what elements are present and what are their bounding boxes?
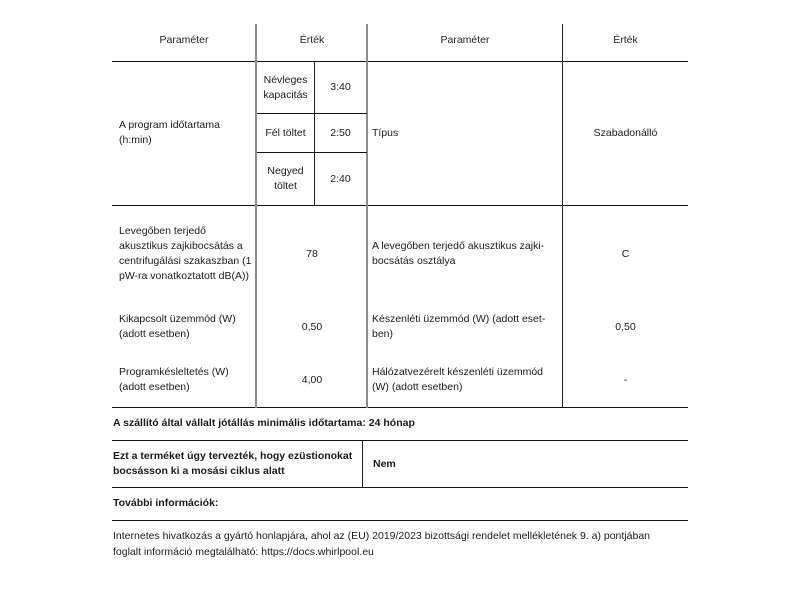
header-value-left: Érték: [257, 34, 367, 46]
type-label: Típus: [372, 61, 557, 205]
type-text: Típus: [372, 126, 398, 141]
type-value-text: Szabadonálló: [594, 126, 658, 141]
quarter-load-label: Negyed töltet: [257, 164, 314, 194]
header-parameter-right: Paraméter: [368, 34, 562, 46]
half-load-label: Fél töltet: [265, 126, 305, 141]
noise-value-text: 78: [306, 247, 318, 262]
type-value: Szabadonálló: [563, 61, 688, 205]
table-bottom-line: [112, 407, 688, 408]
sub-value-rated: 3:40: [315, 62, 366, 113]
standby-label: Készenléti üzemmód (W) (adott eset-ben): [372, 305, 560, 349]
off-mode-text: Kikapcsolt üzemmód (W) (adott esetben): [119, 312, 253, 342]
silver-ion-value: Nem: [373, 441, 673, 487]
silver-ion-text: Ezt a terméket úgy tervezték, hogy ezüst…: [113, 449, 358, 479]
standby-text: Készenléti üzemmód (W) (adott eset-ben): [372, 312, 560, 342]
sub-label-quarter: Negyed töltet: [257, 153, 314, 205]
networked-standby-value: -: [563, 358, 688, 402]
off-mode-label: Kikapcsolt üzemmód (W) (adott esetben): [119, 305, 253, 349]
delay-start-value-text: 4,00: [302, 373, 322, 388]
standby-value-text: 0,50: [615, 320, 635, 335]
sub-label-rated: Névleges kapacitás: [257, 62, 314, 113]
silver-ion-label: Ezt a terméket úgy tervezték, hogy ezüst…: [113, 441, 358, 487]
networked-standby-label: Hálózatvezérelt készenléti üzemmód (W) (…: [372, 358, 560, 402]
noise-text: Levegőben terjedő akusztikus zajkibocsát…: [119, 224, 253, 284]
silver-ion-value-text: Nem: [373, 457, 396, 472]
noise-class-value: C: [563, 210, 688, 298]
noise-label: Levegőben terjedő akusztikus zajkibocsát…: [119, 210, 253, 298]
half-load-value: 2:50: [330, 126, 350, 141]
further-info-title: További információk:: [113, 496, 513, 511]
noise-value: 78: [257, 210, 367, 298]
delay-start-text: Programkésleltetés (W) (adott esetben): [119, 365, 253, 395]
silver-ion-bottom-line: [112, 487, 688, 488]
networked-standby-value-text: -: [624, 373, 628, 388]
silver-ion-divider: [362, 440, 363, 487]
header-value-right: Érték: [563, 34, 688, 46]
standby-value: 0,50: [563, 305, 688, 349]
off-mode-value: 0,50: [257, 305, 367, 349]
off-mode-value-text: 0,50: [302, 320, 322, 335]
sub-label-half: Fél töltet: [257, 114, 314, 152]
delay-start-value: 4,00: [257, 358, 367, 402]
header-parameter-left: Paraméter: [112, 34, 256, 46]
row1-divider: [112, 205, 688, 206]
further-info-divider: [112, 520, 688, 521]
networked-standby-text: Hálózatvezérelt készenléti üzemmód (W) (…: [372, 365, 560, 395]
noise-class-text: A levegőben terjedő akusztikus zajki-boc…: [372, 239, 560, 269]
program-duration-text: A program időtartama (h:min): [119, 118, 251, 148]
delay-start-label: Programkésleltetés (W) (adott esetben): [119, 358, 253, 402]
rated-capacity-value: 3:40: [330, 80, 350, 95]
rated-capacity-label: Névleges kapacitás: [257, 73, 314, 103]
warranty-text: A szállító által vállalt jótállás minimá…: [113, 416, 688, 431]
noise-class-value-text: C: [622, 247, 630, 262]
further-info-text: Internetes hivatkozás a gyártó honlapjár…: [113, 528, 673, 560]
noise-class-label: A levegőben terjedő akusztikus zajki-boc…: [372, 210, 560, 298]
program-duration-label: A program időtartama (h:min): [119, 61, 251, 205]
sub-value-quarter: 2:40: [315, 153, 366, 205]
quarter-load-value: 2:40: [330, 172, 350, 187]
sub-value-half: 2:50: [315, 114, 366, 152]
